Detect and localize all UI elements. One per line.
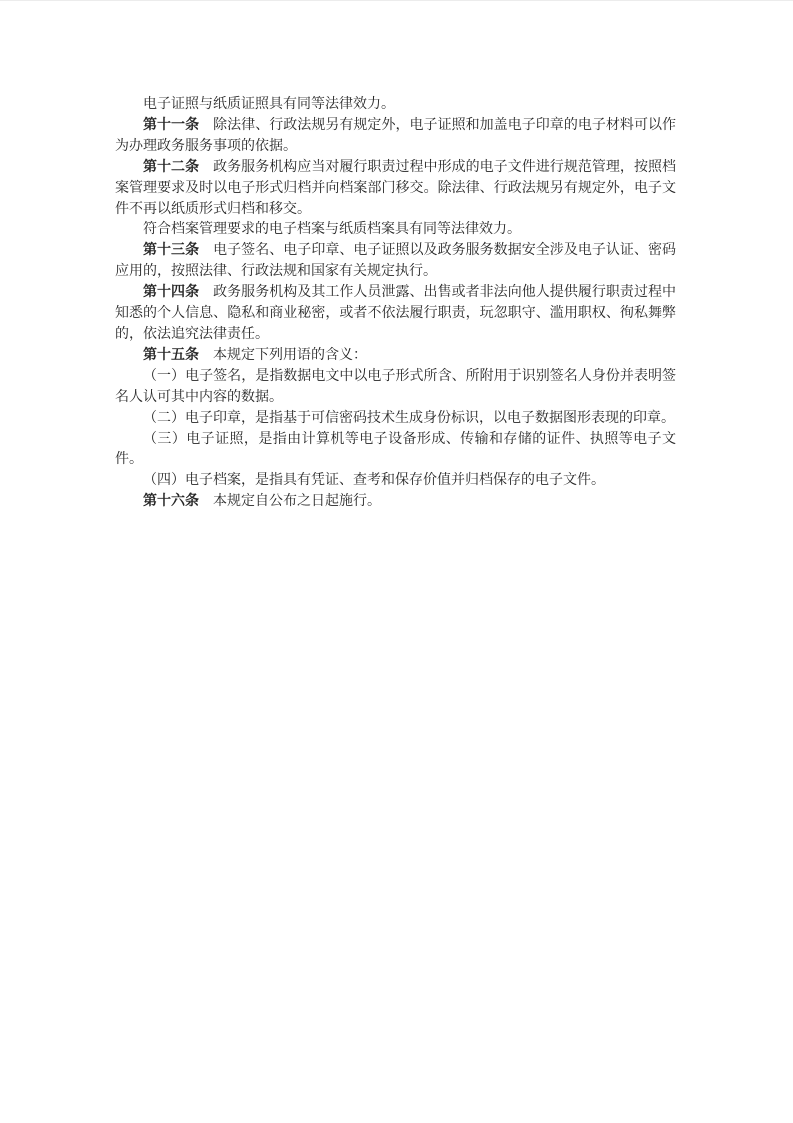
clause-number: 第十一条 [143, 118, 199, 133]
paragraph: 第十五条本规定下列用语的含义： [115, 346, 676, 367]
paragraph: 第十三条电子签名、电子印章、电子证照以及政务服务数据安全涉及电子认证、密码应用的… [115, 241, 676, 283]
paragraph-text: 本规定自公布之日起施行。 [213, 494, 381, 509]
paragraph-text: 政务服务机构及其工作人员泄露、出售或者非法向他人提供履行职责过程中知悉的个人信息… [115, 285, 676, 342]
document-body: 电子证照与纸质证照具有同等法律效力。 第十一条除法律、行政法规另有规定外，电子证… [115, 95, 676, 513]
clause-number: 第十三条 [143, 243, 199, 258]
paragraph-text: 政务服务机构应当对履行职责过程中形成的电子文件进行规范管理，按照档案管理要求及时… [115, 160, 676, 217]
document-page: 电子证照与纸质证照具有同等法律效力。 第十一条除法律、行政法规另有规定外，电子证… [0, 0, 793, 1123]
paragraph: 第十二条政务服务机构应当对履行职责过程中形成的电子文件进行规范管理，按照档案管理… [115, 158, 676, 221]
paragraph-text: （三）电子证照，是指由计算机等电子设备形成、传输和存储的证件、执照等电子文件。 [115, 432, 676, 468]
paragraph: 第十六条本规定自公布之日起施行。 [115, 492, 676, 513]
paragraph-text: （二）电子印章，是指基于可信密码技术生成身份标识，以电子数据图形表现的印章。 [143, 411, 675, 426]
clause-number: 第十六条 [143, 494, 199, 509]
paragraph-text: 符合档案管理要求的电子档案与纸质档案具有同等法律效力。 [143, 222, 521, 237]
paragraph: （二）电子印章，是指基于可信密码技术生成身份标识，以电子数据图形表现的印章。 [115, 409, 676, 430]
paragraph-text: （四）电子档案，是指具有凭证、查考和保存价值并归档保存的电子文件。 [143, 473, 605, 488]
paragraph: （一）电子签名，是指数据电文中以电子形式所含、所附用于识别签名人身份并表明签名人… [115, 367, 676, 409]
paragraph: 第十四条政务服务机构及其工作人员泄露、出售或者非法向他人提供履行职责过程中知悉的… [115, 283, 676, 346]
clause-number: 第十二条 [143, 160, 199, 175]
paragraph-text: （一）电子签名，是指数据电文中以电子形式所含、所附用于识别签名人身份并表明签名人… [115, 369, 676, 405]
paragraph: （三）电子证照，是指由计算机等电子设备形成、传输和存储的证件、执照等电子文件。 [115, 430, 676, 472]
paragraph: 电子证照与纸质证照具有同等法律效力。 [115, 95, 676, 116]
paragraph-text: 电子证照与纸质证照具有同等法律效力。 [143, 97, 395, 112]
paragraph-text: 本规定下列用语的含义： [213, 348, 367, 363]
paragraph: （四）电子档案，是指具有凭证、查考和保存价值并归档保存的电子文件。 [115, 471, 676, 492]
paragraph-text: 电子签名、电子印章、电子证照以及政务服务数据安全涉及电子认证、密码应用的，按照法… [115, 243, 676, 279]
clause-number: 第十四条 [143, 285, 199, 300]
paragraph-text: 除法律、行政法规另有规定外，电子证照和加盖电子印章的电子材料可以作为办理政务服务… [115, 118, 676, 154]
paragraph: 第十一条除法律、行政法规另有规定外，电子证照和加盖电子印章的电子材料可以作为办理… [115, 116, 676, 158]
paragraph: 符合档案管理要求的电子档案与纸质档案具有同等法律效力。 [115, 220, 676, 241]
clause-number: 第十五条 [143, 348, 199, 363]
